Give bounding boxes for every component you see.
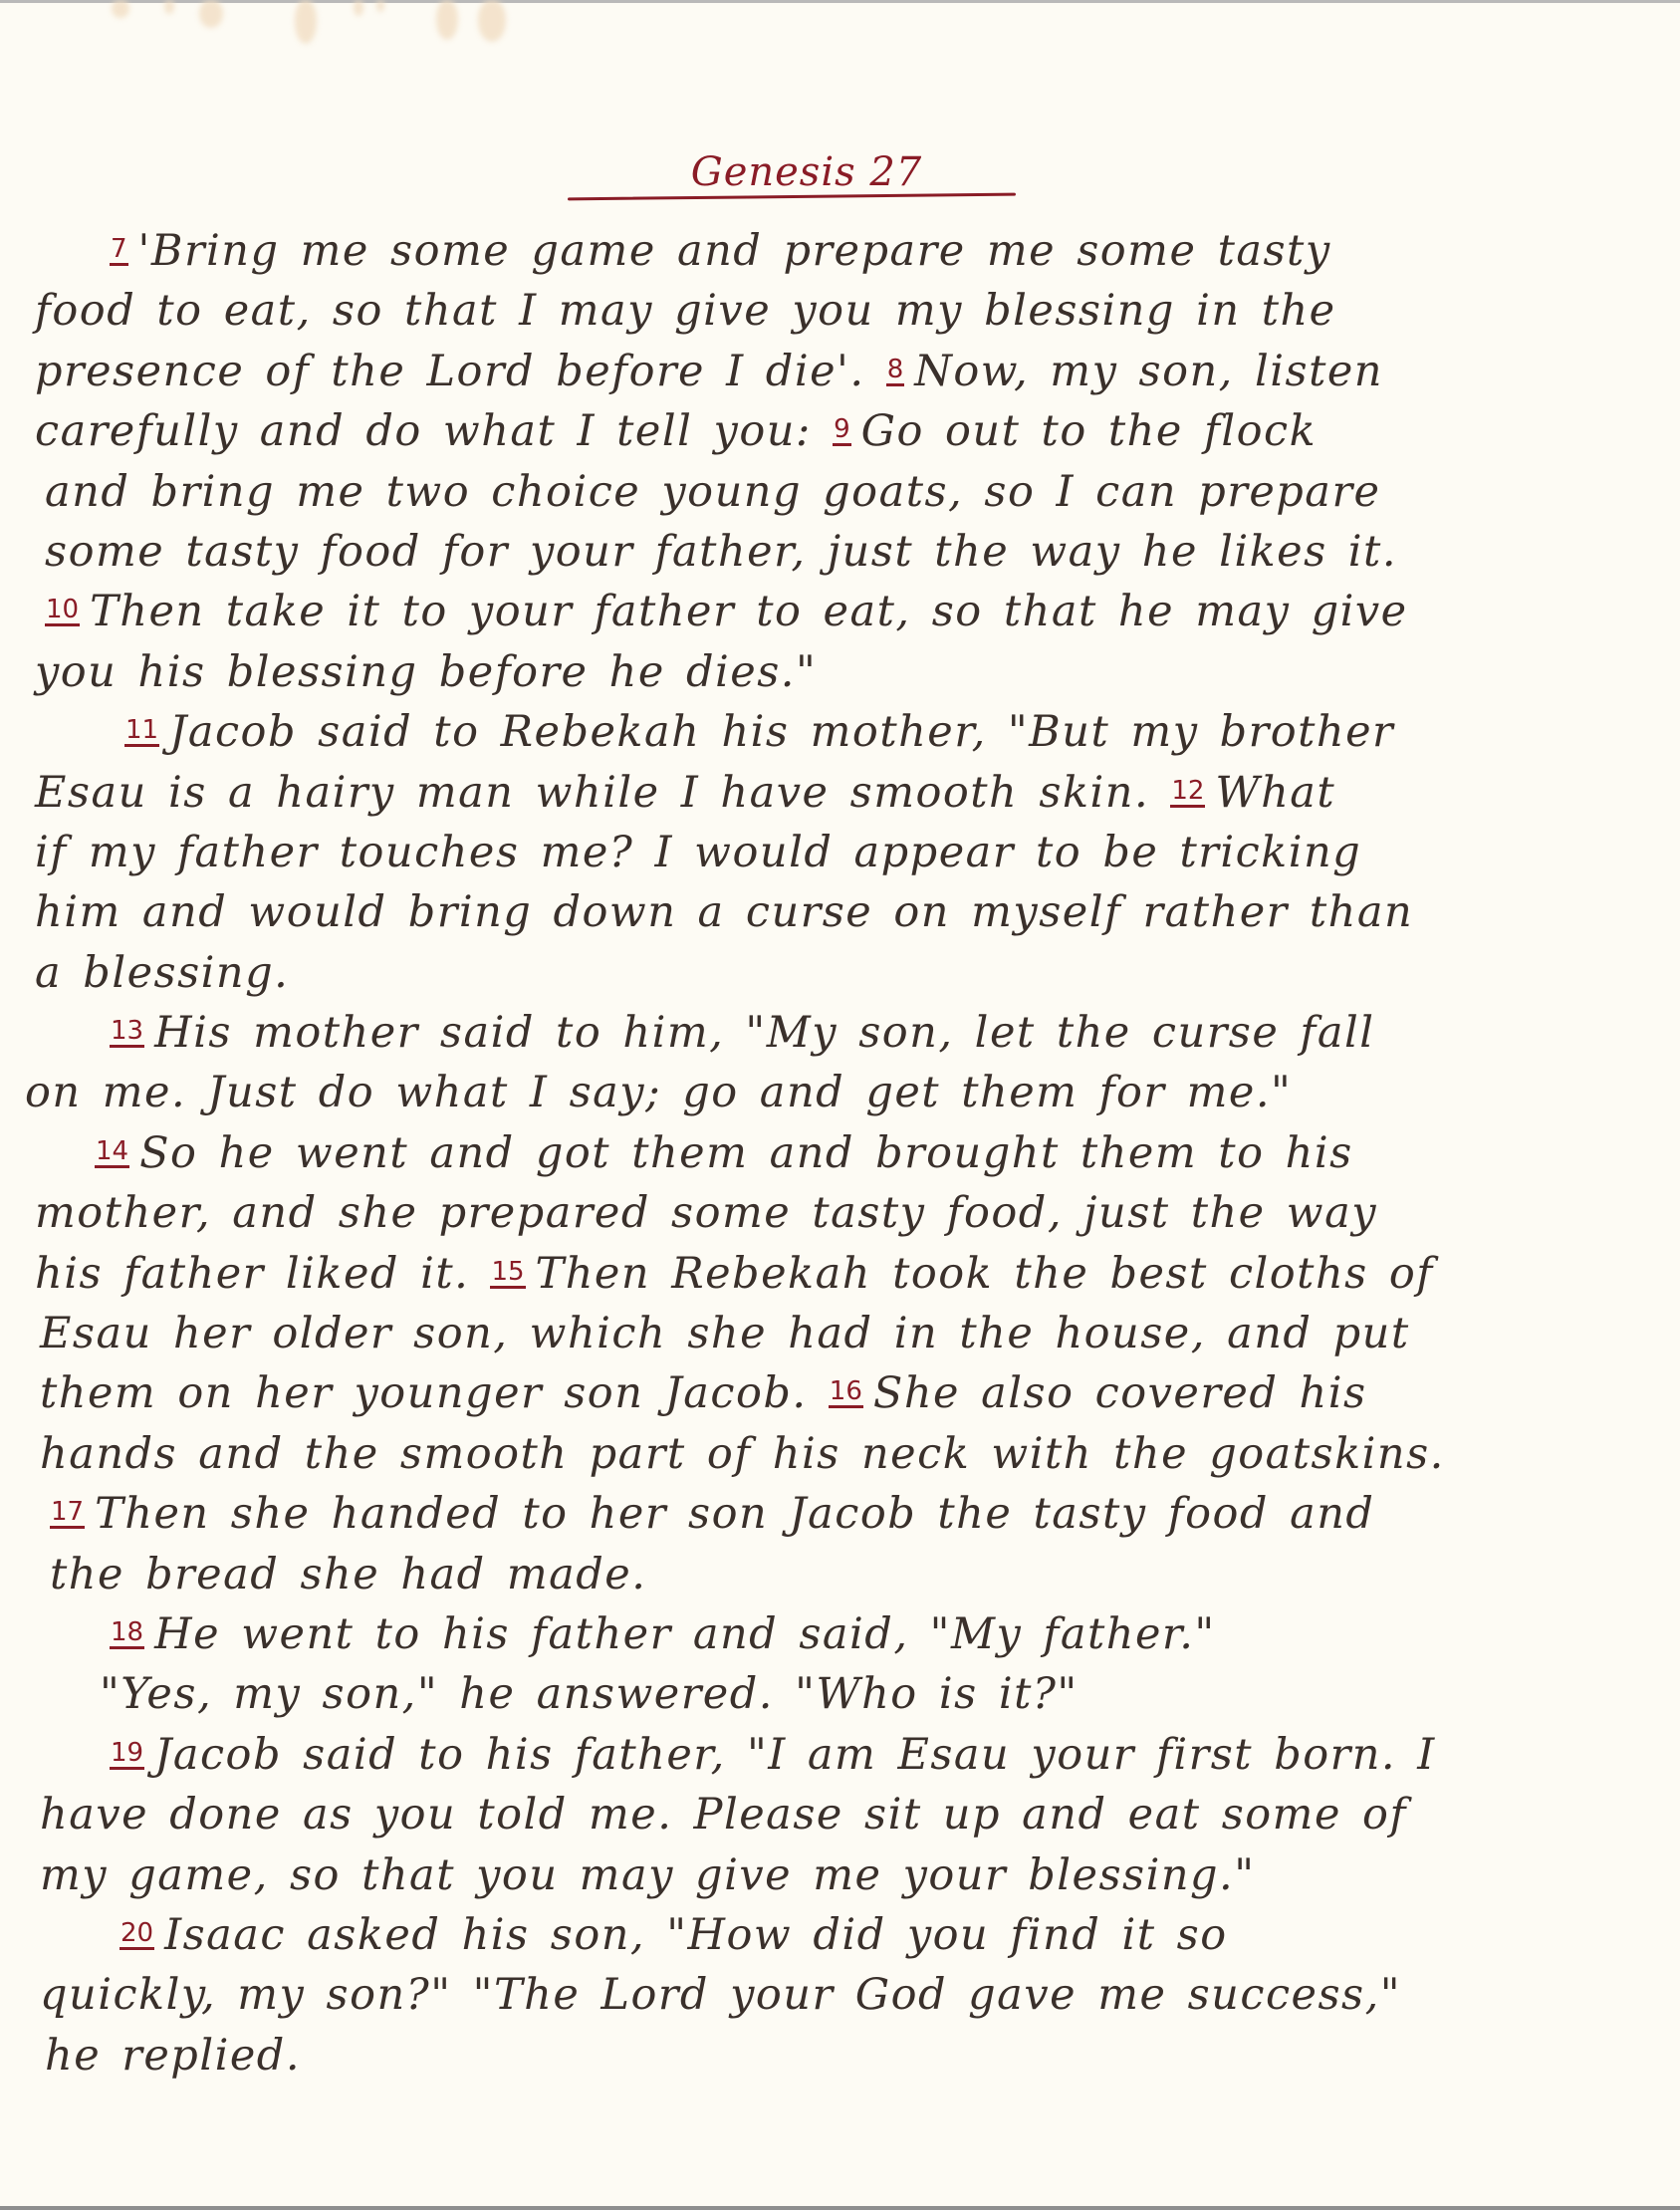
- text-line: Esau her older son, which she had in the…: [0, 1304, 1680, 1363]
- verse-text: Then Rebekah took the best cloths of: [536, 1249, 1434, 1299]
- verse-text: presence of the Lord before I die'.: [35, 347, 886, 396]
- text-line: 10Then take it to your father to eat, so…: [0, 582, 1680, 641]
- verse-text: Now, my son, listen: [914, 347, 1383, 396]
- verse-text: quickly, my son?" "The Lord your God gav…: [40, 1970, 1401, 2020]
- verse-number: 16: [829, 1378, 863, 1408]
- stain-mark: [164, 0, 174, 14]
- text-line: quickly, my son?" "The Lord your God gav…: [0, 1965, 1680, 2025]
- text-line: you his blessing before he dies.": [0, 642, 1680, 702]
- stain-mark: [436, 0, 458, 40]
- verse-text: What: [1215, 768, 1335, 818]
- verse-text: if my father touches me? I would appear …: [35, 828, 1361, 877]
- text-line: 20Isaac asked his son, "How did you find…: [0, 1905, 1680, 1965]
- text-line: on me. Just do what I say; go and get th…: [0, 1063, 1680, 1122]
- verse-text: and bring me two choice young goats, so …: [45, 467, 1380, 517]
- verse-text: some tasty food for your father, just th…: [45, 527, 1397, 577]
- scan-bottom-edge: [0, 2206, 1680, 2210]
- verse-text: She also covered his: [873, 1368, 1367, 1418]
- text-line: some tasty food for your father, just th…: [0, 522, 1680, 582]
- page-heading: Genesis 27: [598, 149, 1016, 195]
- text-line: "Yes, my son," he answered. "Who is it?": [0, 1664, 1680, 1724]
- verse-number: 14: [95, 1138, 129, 1168]
- page-title: Genesis 27: [691, 149, 923, 195]
- verse-text: you his blessing before he dies.": [35, 647, 817, 697]
- text-line: the bread she had made.: [0, 1545, 1680, 1604]
- verse-number: 10: [45, 597, 80, 626]
- text-body: 7'Bring me some game and prepare me some…: [0, 221, 1680, 2086]
- stain-mark: [112, 0, 129, 18]
- text-line: 14So he went and got them and brought th…: [0, 1123, 1680, 1183]
- verse-number: 12: [1170, 778, 1205, 808]
- stain-mark: [376, 0, 384, 12]
- verse-text: the bread she had made.: [50, 1550, 646, 1599]
- verse-text: 'Bring me some game and prepare me some …: [138, 226, 1331, 276]
- text-line: if my father touches me? I would appear …: [0, 823, 1680, 882]
- text-line: them on her younger son Jacob. 16She als…: [0, 1363, 1680, 1423]
- verse-text: Isaac asked his son, "How did you find i…: [164, 1910, 1228, 1960]
- scan-top-edge: [0, 0, 1680, 3]
- text-line: his father liked it. 15Then Rebekah took…: [0, 1244, 1680, 1304]
- text-line: 19Jacob said to his father, "I am Esau y…: [0, 1725, 1680, 1785]
- verse-number: 13: [110, 1018, 144, 1048]
- text-line: hands and the smooth part of his neck wi…: [0, 1424, 1680, 1484]
- text-line: a blessing.: [0, 943, 1680, 1003]
- verse-text: Esau her older son, which she had in the…: [40, 1309, 1410, 1358]
- verse-text: Then she handed to her son Jacob the tas…: [95, 1489, 1374, 1539]
- verse-text: he replied.: [45, 2031, 301, 2081]
- stain-mark: [199, 0, 223, 28]
- verse-number: 17: [50, 1499, 85, 1529]
- verse-text: Jacob said to Rebekah his mother, "But m…: [169, 707, 1394, 757]
- verse-text: him and would bring down a curse on myse…: [35, 887, 1413, 937]
- text-line: mother, and she prepared some tasty food…: [0, 1183, 1680, 1243]
- text-line: and bring me two choice young goats, so …: [0, 462, 1680, 522]
- verse-number: 7: [110, 236, 128, 266]
- verse-text: Esau is a hairy man while I have smooth …: [35, 768, 1170, 818]
- verse-text: Go out to the flock: [861, 406, 1318, 456]
- verse-text: carefully and do what I tell you:: [35, 406, 833, 456]
- text-line: Esau is a hairy man while I have smooth …: [0, 763, 1680, 823]
- text-line: my game, so that you may give me your bl…: [0, 1845, 1680, 1905]
- text-line: 17Then she handed to her son Jacob the t…: [0, 1484, 1680, 1544]
- verse-number: 15: [490, 1259, 525, 1289]
- verse-text: on me. Just do what I say; go and get th…: [25, 1068, 1292, 1117]
- verse-text: a blessing.: [35, 948, 289, 998]
- text-line: 7'Bring me some game and prepare me some…: [0, 221, 1680, 281]
- text-line: have done as you told me. Please sit up …: [0, 1785, 1680, 1844]
- verse-text: his father liked it.: [35, 1249, 490, 1299]
- text-line: 18He went to his father and said, "My fa…: [0, 1604, 1680, 1664]
- text-line: he replied.: [0, 2026, 1680, 2086]
- handwritten-page: Genesis 27 7'Bring me some game and prep…: [0, 0, 1680, 2210]
- stain-mark: [295, 0, 317, 44]
- verse-text: food to eat, so that I may give you my b…: [35, 286, 1336, 336]
- verse-text: Then take it to your father to eat, so t…: [90, 587, 1408, 636]
- text-line: 11Jacob said to Rebekah his mother, "But…: [0, 702, 1680, 762]
- verse-text: have done as you told me. Please sit up …: [40, 1790, 1407, 1840]
- verse-text: His mother said to him, "My son, let the…: [154, 1008, 1374, 1058]
- verse-text: Jacob said to his father, "I am Esau you…: [154, 1730, 1436, 1780]
- verse-number: 19: [110, 1740, 144, 1770]
- verse-text: He went to his father and said, "My fath…: [154, 1609, 1216, 1659]
- verse-text: So he went and got them and brought them…: [139, 1128, 1353, 1178]
- text-line: food to eat, so that I may give you my b…: [0, 281, 1680, 341]
- text-line: presence of the Lord before I die'. 8Now…: [0, 342, 1680, 401]
- verse-text: hands and the smooth part of his neck wi…: [40, 1429, 1445, 1479]
- text-line: 13His mother said to him, "My son, let t…: [0, 1003, 1680, 1063]
- verse-number: 8: [886, 357, 905, 386]
- stain-mark: [354, 0, 363, 16]
- text-line: him and would bring down a curse on myse…: [0, 882, 1680, 942]
- verse-text: them on her younger son Jacob.: [40, 1368, 829, 1418]
- verse-number: 11: [124, 717, 159, 747]
- verse-text: my game, so that you may give me your bl…: [40, 1850, 1256, 1900]
- text-line: carefully and do what I tell you: 9Go ou…: [0, 401, 1680, 461]
- verse-number: 18: [110, 1619, 144, 1649]
- stain-mark: [478, 0, 506, 42]
- verse-text: mother, and she prepared some tasty food…: [35, 1188, 1377, 1238]
- verse-number: 9: [833, 416, 851, 446]
- verse-text: "Yes, my son," he answered. "Who is it?": [100, 1669, 1079, 1719]
- verse-number: 20: [120, 1920, 154, 1950]
